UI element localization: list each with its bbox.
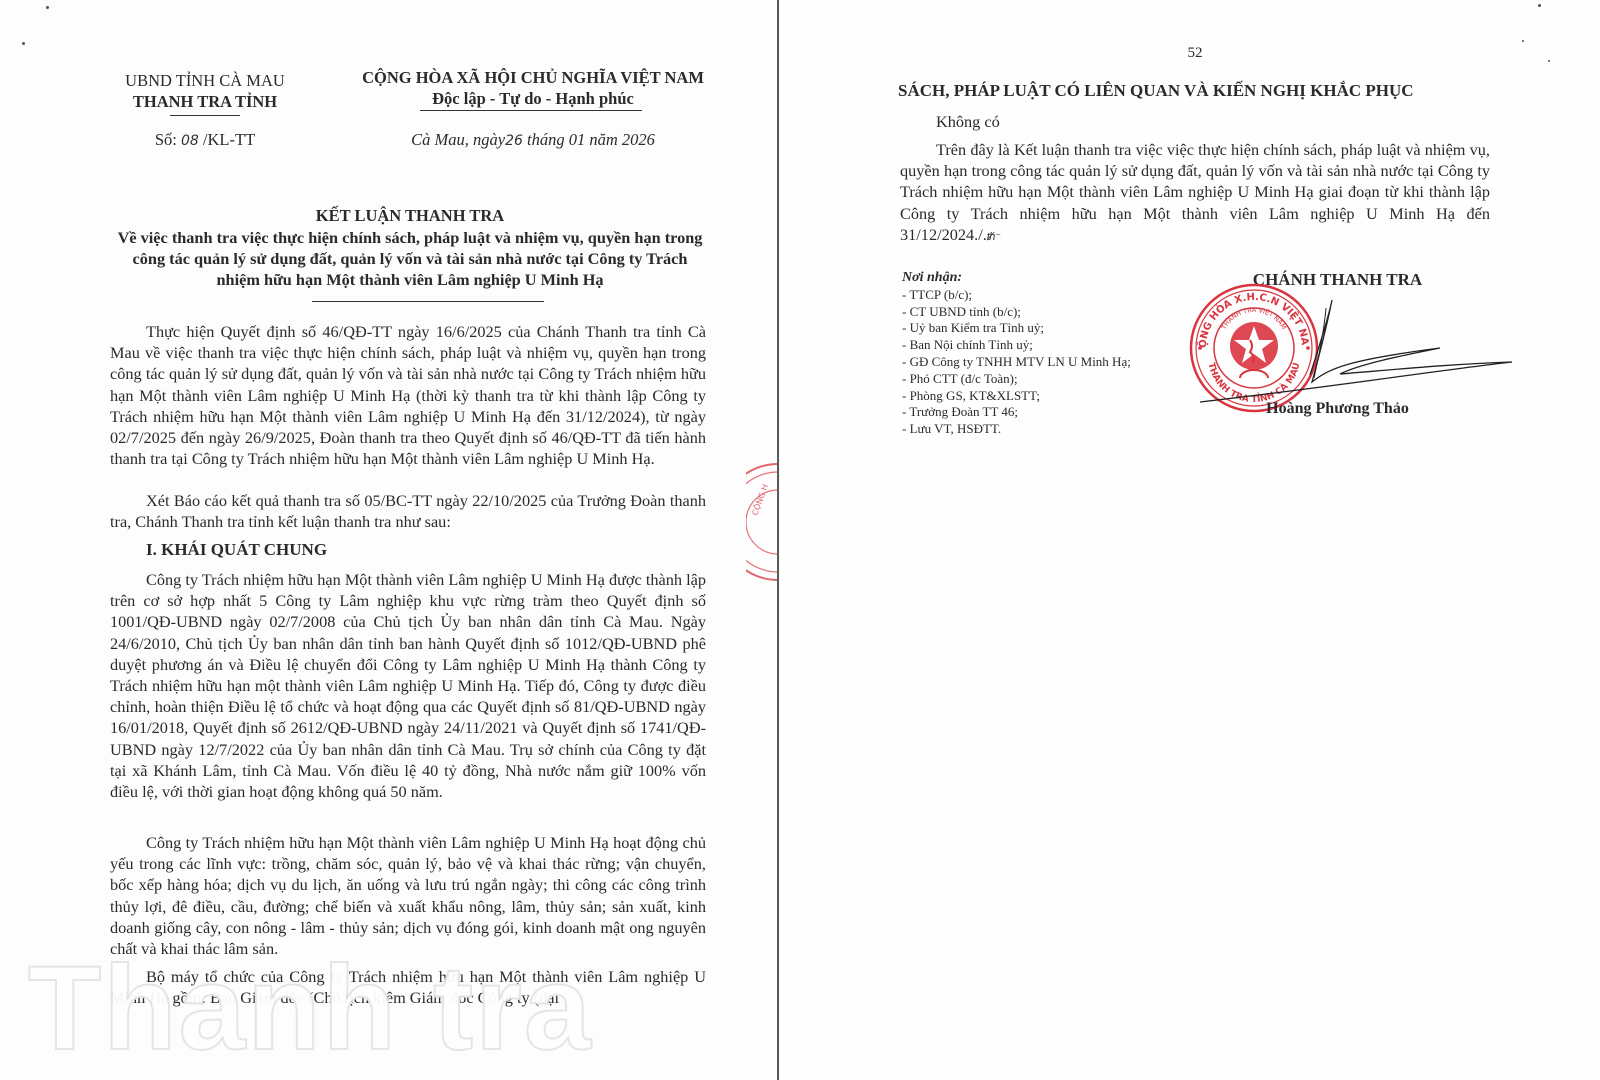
scan-speck bbox=[1522, 40, 1524, 42]
recipient-item: - CT UBND tỉnh (b/c); bbox=[902, 304, 1142, 321]
page-number: 52 bbox=[1150, 45, 1240, 62]
signature-icon bbox=[1190, 290, 1520, 410]
motto-underline bbox=[420, 110, 642, 111]
publisher-watermark: Thanh tra bbox=[28, 948, 593, 1068]
document-title: KẾT LUẬN THANH TRA bbox=[110, 205, 710, 226]
issuing-agency: UBND TỈNH CÀ MAU THANH TRA TỈNH bbox=[105, 70, 305, 112]
recipient-item: - Uỷ ban Kiểm tra Tỉnh uỷ; bbox=[902, 320, 1142, 337]
country-name: CỘNG HÒA XÃ HỘI CHỦ NGHĨA VIỆT NAM bbox=[348, 67, 718, 88]
document-subtitle: Về việc thanh tra việc thực hiện chính s… bbox=[112, 227, 708, 290]
none-text: Không có bbox=[936, 112, 1000, 132]
signer-name: Hoàng Phương Thảo bbox=[1230, 400, 1445, 418]
motto: Độc lập - Tự do - Hạnh phúc bbox=[348, 88, 718, 109]
closing-paragraph: Trên đây là Kết luận thanh tra việc việc… bbox=[900, 139, 1490, 247]
recipient-item: - TTCP (b/c); bbox=[902, 287, 1142, 304]
scan-speck bbox=[1548, 60, 1550, 62]
document-date: Cà Mau, ngày26 tháng 01 năm 2026 bbox=[348, 129, 718, 152]
recipient-item: - Ban Nội chính Tỉnh uỷ; bbox=[902, 337, 1142, 354]
recipients-list: Nơi nhận: - TTCP (b/c); - CT UBND tỉnh (… bbox=[902, 270, 1142, 438]
scan-speck bbox=[22, 42, 25, 45]
section-heading: I. KHÁI QUÁT CHUNG bbox=[146, 540, 327, 560]
section-paragraph: Công ty Trách nhiệm hữu hạn Một thành vi… bbox=[110, 569, 706, 802]
handwritten-number: 08 bbox=[181, 133, 199, 149]
intro-paragraph: Thực hiện Quyết định số 46/QĐ-TT ngày 16… bbox=[110, 321, 706, 469]
report-paragraph: Xét Báo cáo kết quả thanh tra số 05/BC-T… bbox=[110, 490, 706, 532]
agency-parent: UBND TỈNH CÀ MAU bbox=[105, 70, 305, 91]
title-rule bbox=[312, 301, 544, 302]
agency-name: THANH TRA TỈNH bbox=[105, 91, 305, 112]
recipient-item: - Phó CTT (đ/c Toàn); bbox=[902, 371, 1142, 388]
header-rule-left bbox=[170, 115, 240, 116]
recipient-item: - Phòng GS, KT&XLSTT; bbox=[902, 388, 1142, 405]
handwritten-initials: ᵺ⁻ bbox=[987, 230, 1001, 243]
partial-stamp-icon: CỘNG H bbox=[746, 462, 778, 582]
recipient-item: - GĐ Công ty TNHH MTV LN U Minh Hạ; bbox=[902, 354, 1142, 371]
scan-speck bbox=[1538, 4, 1541, 7]
scan-speck bbox=[46, 6, 49, 9]
recipient-item: - Lưu VT, HSĐTT. bbox=[902, 421, 1142, 438]
section-heading-continued: SÁCH, PHÁP LUẬT CÓ LIÊN QUAN VÀ KIẾN NGH… bbox=[898, 81, 1414, 101]
document-number: Số: 08 /KL-TT bbox=[105, 129, 305, 152]
recipients-title: Nơi nhận: bbox=[902, 270, 1142, 287]
page-fold-divider bbox=[777, 0, 779, 1080]
document-page-left: UBND TỈNH CÀ MAU THANH TRA TỈNH Số: 08 /… bbox=[0, 0, 778, 1080]
svg-text:CỘNG H: CỘNG H bbox=[749, 482, 770, 516]
handwritten-day: 26 bbox=[505, 133, 523, 149]
recipient-item: - Trưởng Đoàn TT 46; bbox=[902, 404, 1142, 421]
national-motto: CỘNG HÒA XÃ HỘI CHỦ NGHĨA VIỆT NAM Độc l… bbox=[348, 67, 718, 109]
